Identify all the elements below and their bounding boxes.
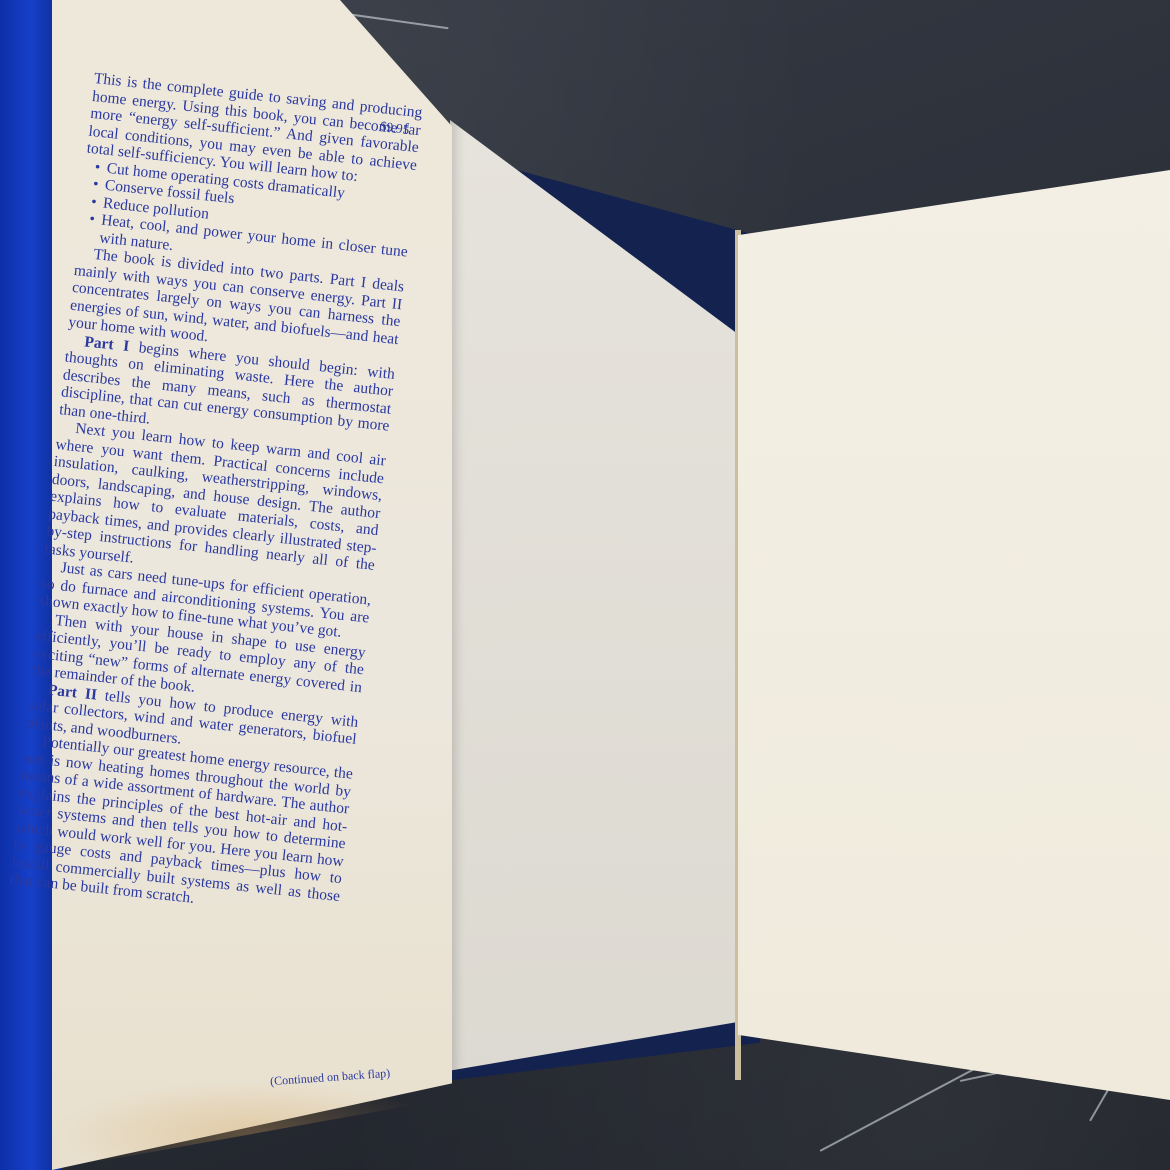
blank-right-page: [738, 170, 1170, 1100]
